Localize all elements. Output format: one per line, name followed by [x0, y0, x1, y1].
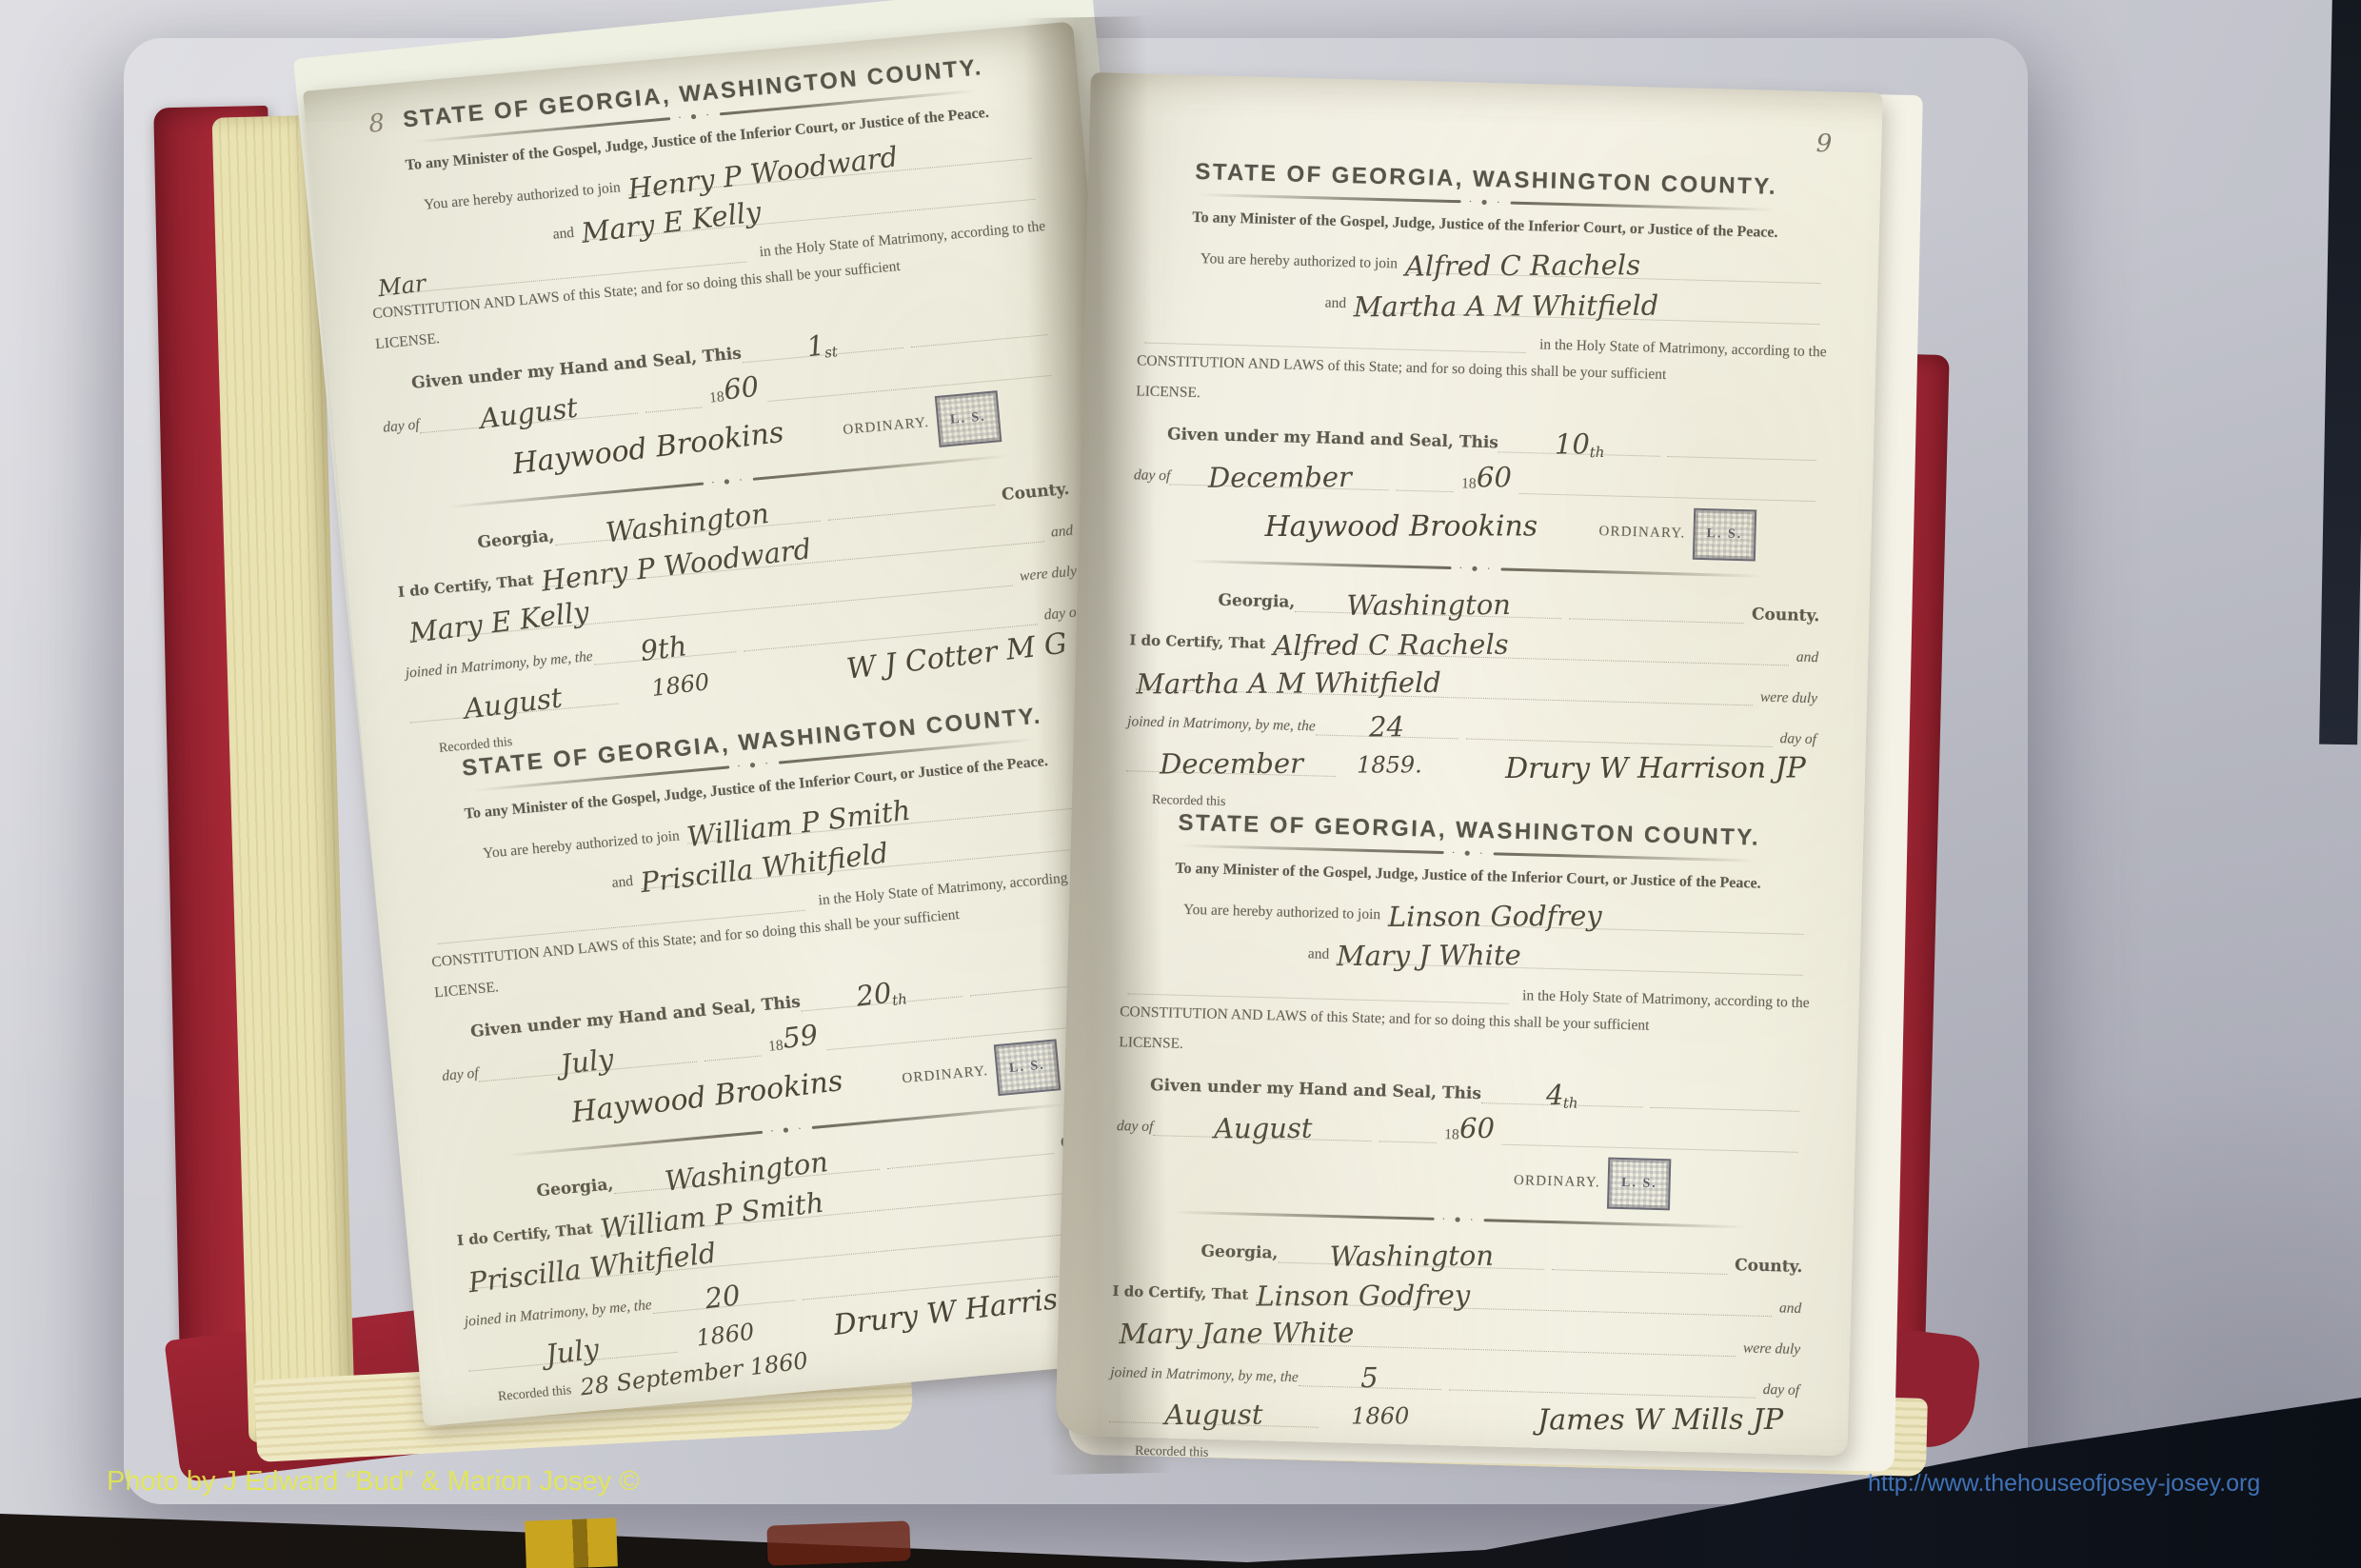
county-trailing-line — [1569, 610, 1744, 624]
certify-day-handwritten: 9th — [639, 629, 689, 667]
county-label: County. — [1735, 1256, 1803, 1277]
year-prefix: 18 — [767, 1037, 784, 1055]
spacer — [1409, 1430, 1538, 1434]
yellow-object — [525, 1518, 618, 1568]
certify-day-line: 20 — [649, 1268, 795, 1314]
ornament-dots: · ● · — [1451, 845, 1486, 861]
spacer-line — [645, 399, 704, 412]
and-label: and — [552, 225, 575, 244]
license-day-suffix: st — [823, 343, 839, 362]
ornament-dots: · ● · — [1458, 561, 1494, 576]
bride-name-handwritten: Martha A M Whitfield — [1354, 289, 1659, 324]
certify-month-handwritten: August — [1164, 1399, 1263, 1432]
ornament-dots: · ● · — [736, 756, 771, 773]
margin-note-handwritten: Mar — [376, 269, 427, 302]
license-day-handwritten: 10 — [1554, 427, 1589, 460]
license-month-handwritten: August — [478, 391, 580, 435]
spacer — [395, 552, 479, 560]
ordinary-label: ORDINARY. — [1514, 1173, 1600, 1191]
bride-name-handwritten: Mary J White — [1337, 939, 1521, 972]
ordinary-label: ORDINARY. — [843, 414, 930, 438]
ordinary-row: Haywood Brookins ORDINARY. L. S. — [1132, 493, 1822, 563]
license-year-handwritten: 60 — [1477, 461, 1512, 493]
certify-bride-handwritten: Martha A M Whitfield — [1136, 666, 1441, 701]
ornament-line-right — [1494, 852, 1756, 862]
photo-credit-watermark: Photo by J Edward “Bud” & Marion Josey © — [107, 1466, 640, 1498]
bride-line: Martha A M Whitfield — [1354, 279, 1820, 325]
license-month-handwritten: July — [559, 1042, 616, 1082]
groom-name-handwritten: Linson Godfrey — [1388, 900, 1602, 933]
photo-scene: 8 STATE OF GEORGIA, WASHINGTON COUNTY. ·… — [0, 0, 2361, 1568]
spacer — [1398, 1178, 1500, 1181]
license-day-line: 20th — [798, 963, 962, 1011]
ornament-line-left — [1189, 560, 1452, 569]
website-watermark: http://www.thehouseofjosey-josey.org — [1868, 1470, 2260, 1498]
ornament-line-left — [1172, 1211, 1435, 1221]
certify-day-line: 9th — [590, 619, 736, 665]
spacer — [1319, 1428, 1351, 1429]
license-day-line: 1st — [739, 315, 903, 363]
certify-year-handwritten: 1860 — [1351, 1402, 1409, 1429]
spacer — [784, 431, 830, 435]
spacer — [678, 1351, 698, 1353]
spacer — [446, 1109, 572, 1121]
recorded-label: Recorded this — [497, 1383, 572, 1405]
certify-month-handwritten: December — [1160, 747, 1303, 781]
georgia-label: Georgia, — [1218, 591, 1295, 612]
holy-state-label: in the Holy State of Matrimony, accordin… — [1522, 987, 1810, 1012]
ornament-line-right — [1484, 1219, 1747, 1228]
ornament-dots: · ● · — [710, 473, 745, 490]
margin-line — [1128, 985, 1509, 1003]
ls-seal: L. S. — [935, 390, 1002, 447]
certify-day-line: 24 — [1315, 702, 1458, 739]
spacer — [843, 1080, 889, 1083]
ls-seal-text: L. S. — [1621, 1176, 1657, 1192]
groom-line: Linson Godfrey — [1388, 890, 1805, 934]
license-day-handwritten: 20 — [854, 976, 893, 1012]
and-label: and — [611, 873, 634, 892]
spacer — [619, 701, 653, 704]
book-page-right: 9 STATE OF GEORGIA, WASHINGTON COUNTY. ·… — [1056, 72, 1883, 1456]
ls-seal: L. S. — [1693, 508, 1756, 562]
ornament-line-right — [1501, 567, 1764, 577]
certify-label: I do Certify, That — [397, 571, 534, 601]
license-label: LICENSE. — [434, 979, 500, 1002]
marriage-record-woodward-kelly: STATE OF GEORGIA, WASHINGTON COUNTY. · ●… — [354, 50, 1085, 730]
certify-groom-handwritten: Alfred C Rachels — [1273, 628, 1508, 662]
ls-seal-text: L. S. — [1706, 526, 1742, 543]
ornament-line-left — [1181, 844, 1444, 854]
certify-groom-line: Linson Godfrey — [1256, 1270, 1773, 1317]
ls-seal-text: L. S. — [1008, 1059, 1045, 1077]
day-of-label: day of — [1762, 1381, 1799, 1399]
day-of-label: day of — [442, 1065, 480, 1085]
ls-seal: L. S. — [1607, 1158, 1671, 1211]
license-day-line: 10th — [1498, 419, 1661, 456]
given-under-label: Given under my Hand and Seal, This — [1150, 1076, 1481, 1103]
officiant-signature: Drury W Harrison JP — [1505, 751, 1806, 785]
marriage-record-godfrey-white: STATE OF GEORGIA, WASHINGTON COUNTY. · ●… — [1109, 808, 1815, 1447]
year-prefix: 18 — [1461, 475, 1477, 492]
license-month-handwritten: December — [1208, 461, 1352, 494]
recorded-label: Recorded this — [1152, 793, 1226, 810]
ordinary-label: ORDINARY. — [1598, 524, 1685, 542]
county-trailing-line — [1552, 1261, 1727, 1275]
background-dark-strip — [2319, 0, 2361, 744]
ornament-dots: · ● · — [1468, 194, 1503, 209]
bride-line: Mary J White — [1337, 930, 1803, 976]
certify-day-handwritten: 5 — [1360, 1361, 1379, 1394]
ornament-line-right — [1511, 202, 1774, 211]
day-of-label: day of — [383, 416, 421, 436]
groom-name-handwritten: Alfred C Rachels — [1405, 248, 1640, 282]
spacer — [454, 1201, 538, 1208]
given-trailing-line — [1668, 448, 1816, 461]
book-gutter-shadow — [1023, 16, 1173, 1475]
county-handwritten: Washington — [1346, 588, 1511, 622]
and-label: and — [1796, 649, 1819, 667]
joined-trailing-line — [1465, 731, 1772, 747]
certify-month-handwritten: July — [544, 1333, 601, 1372]
given-under-label: Given under my Hand and Seal, This — [1167, 425, 1498, 452]
certify-day-handwritten: 24 — [1369, 710, 1404, 743]
certify-groom-line: Alfred C Rachels — [1273, 619, 1790, 665]
spacer-line — [1379, 1133, 1437, 1143]
ordinary-label: ORDINARY. — [902, 1063, 989, 1087]
authorize-label: You are hereby authorized to join — [1183, 902, 1381, 923]
spacer — [755, 1339, 835, 1346]
year-prefix: 18 — [708, 388, 724, 407]
license-day-handwritten: 4 — [1546, 1079, 1564, 1111]
georgia-label: Georgia, — [536, 1175, 614, 1201]
ordinary-row: ORDINARY. L. S. — [1115, 1144, 1805, 1214]
given-trailing-line — [1651, 1100, 1799, 1112]
certify-bride-line: Martha A M Whitfield — [1136, 656, 1754, 705]
county-handwritten: Washington — [1329, 1240, 1494, 1273]
certify-bride-line: Mary Jane White — [1119, 1307, 1736, 1357]
year-trailing-line — [1501, 1137, 1797, 1153]
license-label: LICENSE. — [375, 330, 441, 353]
marriage-record-rachels-whitfield: STATE OF GEORGIA, WASHINGTON COUNTY. · ●… — [1126, 157, 1832, 796]
certify-year-handwritten: 1859. — [1357, 751, 1422, 778]
certify-year-handwritten: 1860 — [650, 668, 711, 702]
were-duly-label: were duly — [1743, 1340, 1801, 1359]
year-prefix: 18 — [1444, 1126, 1459, 1143]
ordinary-signature: Haywood Brookins — [1264, 509, 1538, 544]
license-day-suffix: th — [1563, 1095, 1578, 1112]
license-year-handwritten: 60 — [722, 369, 761, 406]
georgia-label: Georgia, — [1200, 1241, 1278, 1262]
spacer — [387, 461, 513, 472]
and-label: and — [1779, 1300, 1802, 1318]
ornament-dots: · ● · — [769, 1121, 804, 1139]
license-year-handwritten: 59 — [781, 1019, 820, 1055]
certify-year-handwritten: 1860 — [695, 1319, 756, 1352]
page-number-right: 9 — [1815, 129, 1832, 158]
county-line: Washington — [1278, 1230, 1545, 1270]
spacer — [1538, 529, 1585, 530]
authorize-label: You are hereby authorized to join — [1200, 250, 1399, 272]
ornament-dots: · ● · — [677, 108, 712, 125]
license-day-suffix: th — [1589, 444, 1604, 461]
spacer-line — [1397, 483, 1454, 493]
georgia-label: Georgia, — [477, 526, 555, 552]
ornament-dots: · ● · — [1441, 1212, 1477, 1227]
certify-groom-handwritten: Linson Godfrey — [1256, 1279, 1470, 1312]
groom-line: Alfred C Rachels — [1405, 240, 1822, 284]
license-month-line: December — [1170, 451, 1390, 490]
and-label: and — [1308, 945, 1330, 963]
holy-state-label: in the Holy State of Matrimony, accordin… — [1539, 336, 1827, 361]
spacer — [1421, 779, 1504, 781]
year-trailing-line — [1518, 486, 1815, 502]
license-month-line: August — [1153, 1102, 1373, 1141]
certify-day-handwritten: 20 — [704, 1279, 743, 1315]
certify-label: I do Certify, That — [456, 1220, 593, 1249]
ls-seal-text: L. S. — [949, 409, 986, 427]
license-year-handwritten: 60 — [1459, 1112, 1495, 1144]
county-line: Washington — [1295, 579, 1562, 619]
margin-line — [1145, 335, 1526, 353]
marriage-record-smith-whitfield: STATE OF GEORGIA, WASHINGTON COUNTY. · ●… — [413, 699, 1144, 1379]
day-of-label: day of — [1779, 730, 1816, 748]
license-day-line: 4th — [1481, 1070, 1644, 1107]
and-label: and — [1325, 295, 1347, 313]
county-label: County. — [1752, 605, 1820, 625]
dark-red-object — [766, 1520, 910, 1565]
spacer-line — [704, 1048, 763, 1062]
officiant-signature: James W Mills JP — [1538, 1403, 1783, 1437]
license-month-handwritten: August — [1214, 1112, 1313, 1145]
ornament-line-left — [1199, 193, 1461, 203]
certify-day-line: 5 — [1299, 1353, 1442, 1390]
license-day-suffix: th — [891, 990, 908, 1009]
spacer — [1336, 777, 1357, 778]
joined-trailing-line — [1448, 1381, 1755, 1398]
were-duly-label: were duly — [1760, 689, 1818, 708]
